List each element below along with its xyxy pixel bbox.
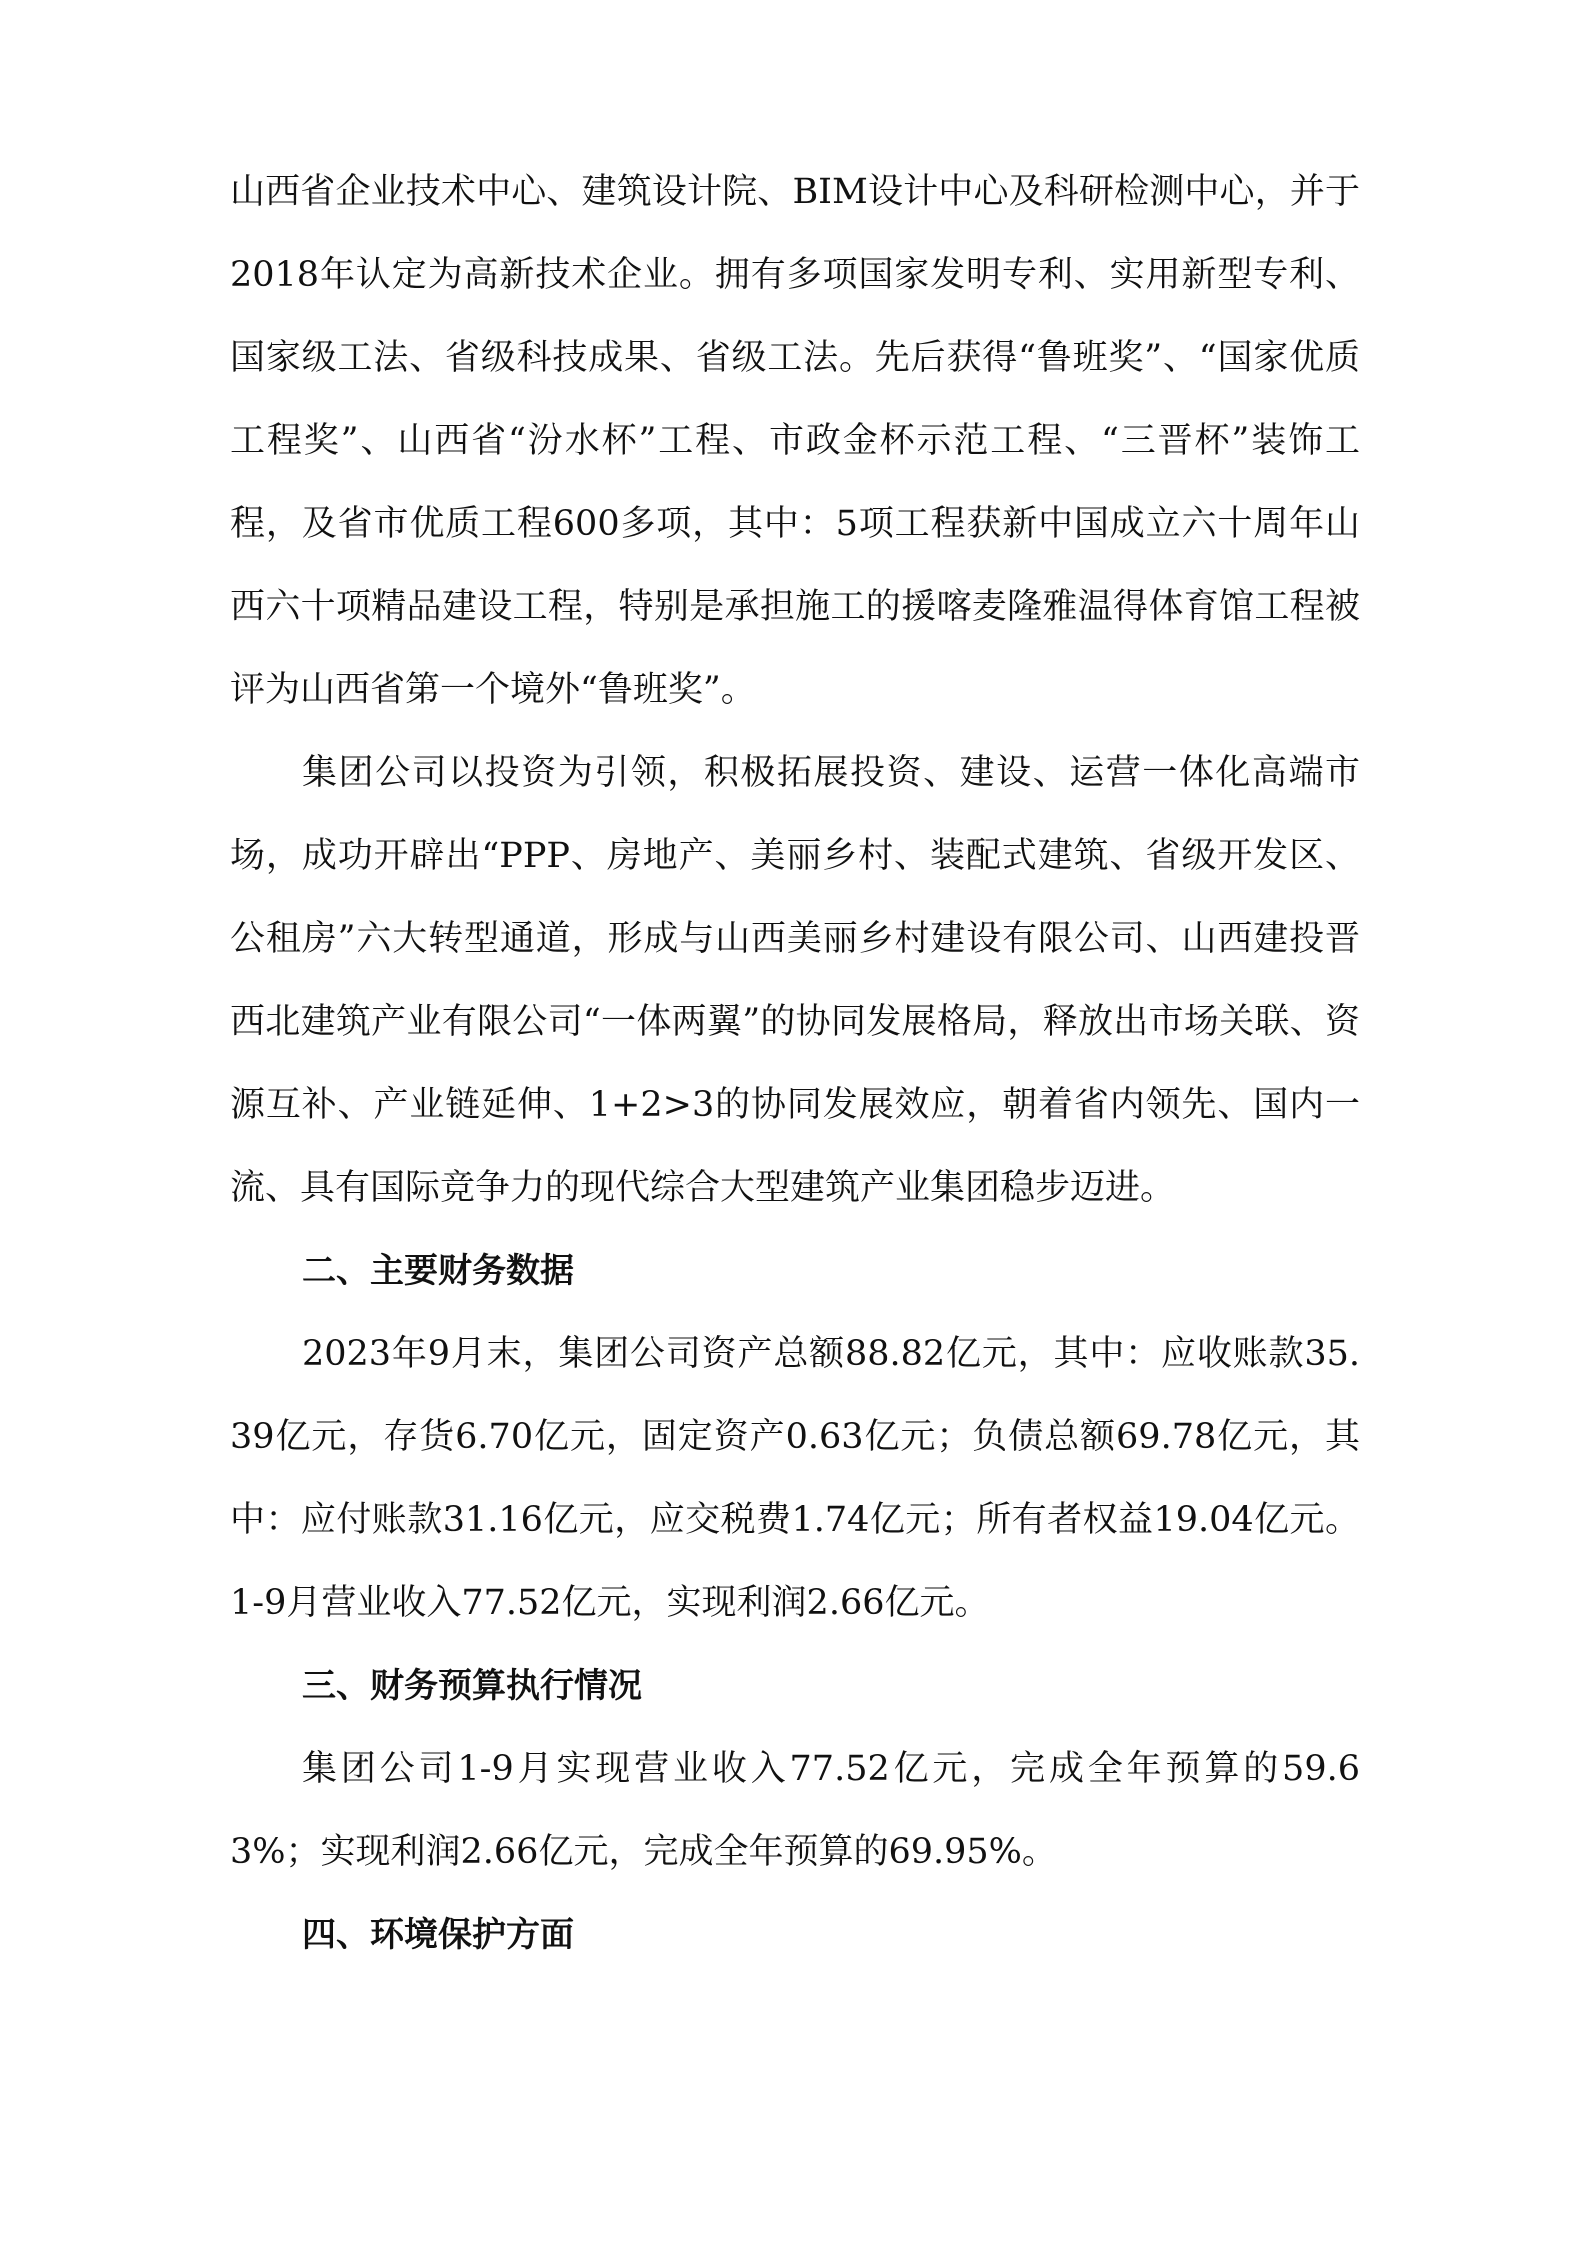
paragraph-investment-strategy: 集团公司以投资为引领，积极拓展投资、建设、运营一体化高端市场，成功开辟出“PPP…: [230, 732, 1360, 1230]
section-heading-financial-data: 二、主要财务数据: [230, 1230, 1360, 1313]
paragraph-company-honors: 山西省企业技术中心、建筑设计院、BIM设计中心及科研检测中心，并于2018年认定…: [230, 151, 1360, 732]
paragraph-budget-execution: 集团公司1-9月实现营业收入77.52亿元，完成全年预算的59.63%；实现利润…: [230, 1728, 1360, 1894]
paragraph-financial-data: 2023年9月末，集团公司资产总额88.82亿元，其中：应收账款35.39亿元，…: [230, 1313, 1360, 1645]
section-heading-budget-execution: 三、财务预算执行情况: [230, 1645, 1360, 1728]
section-heading-environmental-protection: 四、环境保护方面: [230, 1894, 1360, 1977]
document-page: 山西省企业技术中心、建筑设计院、BIM设计中心及科研检测中心，并于2018年认定…: [230, 151, 1360, 1977]
